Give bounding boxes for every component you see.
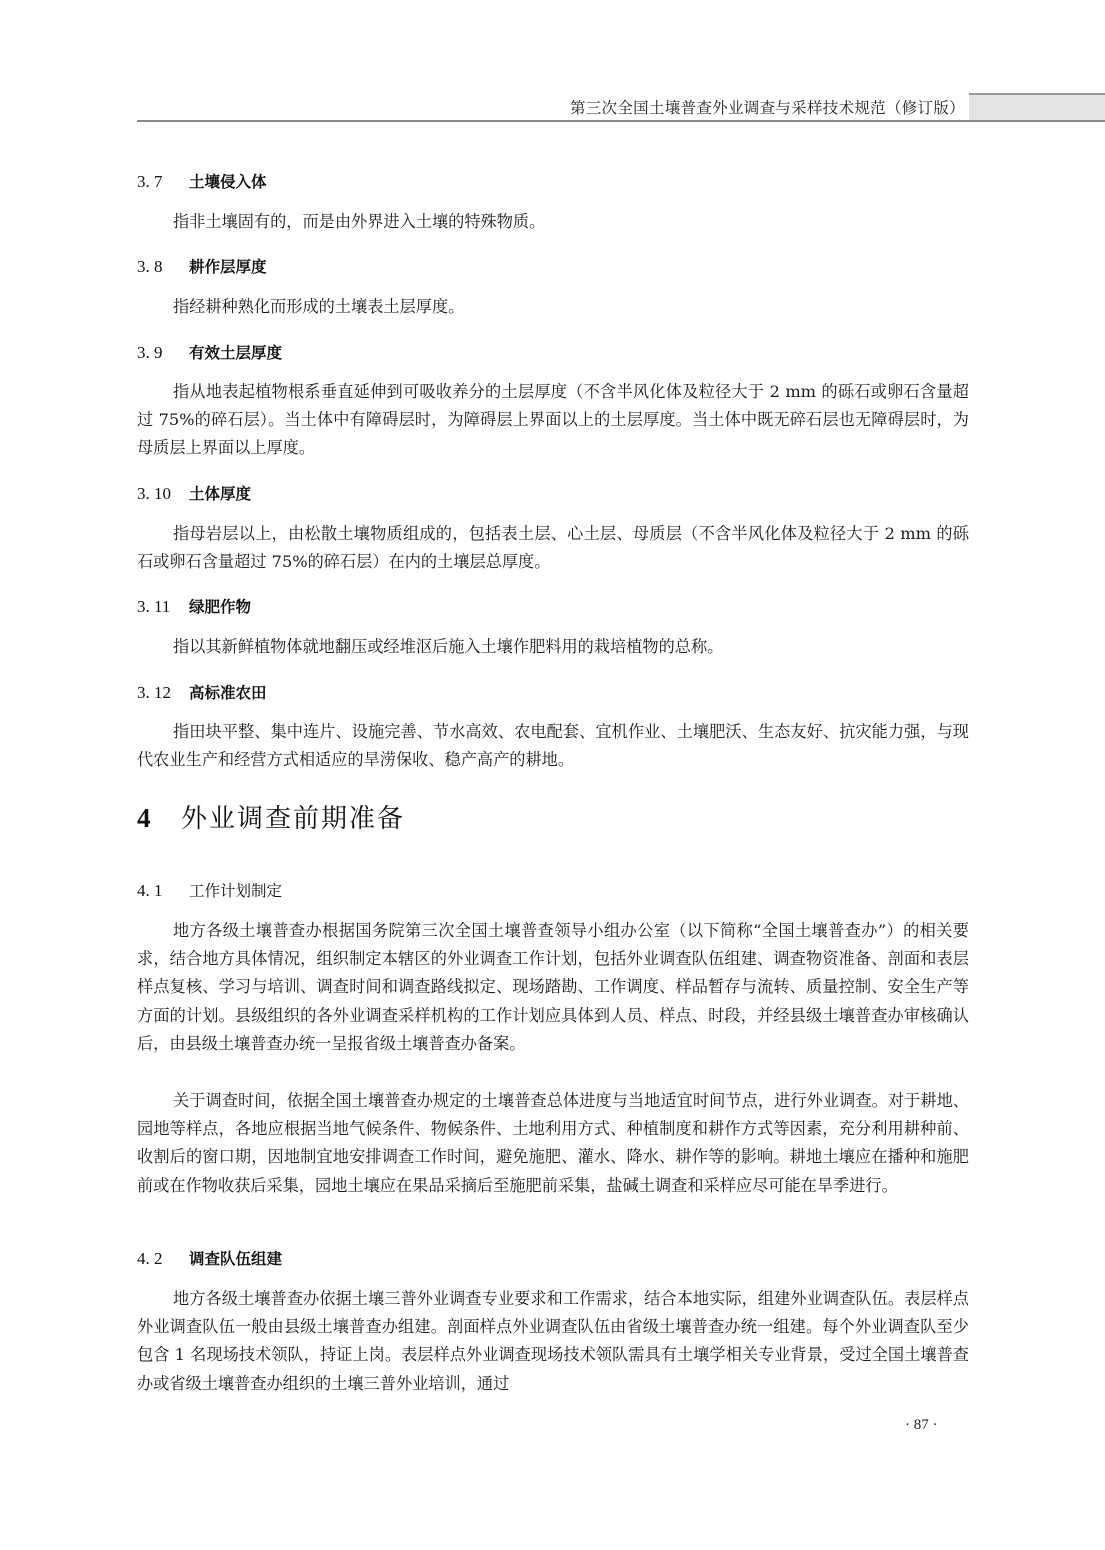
paragraph: 指经耕种熟化而形成的土壤表土层厚度。	[137, 293, 969, 321]
paragraph: 指田块平整、集中连片、设施完善、节水高效、农电配套、宜机作业、土壤肥沃、生态友好…	[137, 718, 969, 774]
paragraph: 指非土壤固有的，而是由外界进入土壤的特殊物质。	[137, 208, 969, 236]
section-heading-4-2: 4. 2调查队伍组建	[137, 1247, 282, 1269]
chapter-number: 4	[137, 803, 181, 834]
section-number: 3. 8	[137, 257, 189, 277]
section-number: 4. 2	[137, 1249, 189, 1269]
section-number: 3. 10	[137, 484, 189, 504]
section-title: 有效土层厚度	[189, 344, 282, 362]
section-title: 土壤侵入体	[189, 173, 267, 191]
section-title: 工作计划制定	[189, 882, 282, 900]
running-header: 第三次全国土壤普查外业调查与采样技术规范（修订版）	[137, 93, 1105, 121]
section-number: 4. 1	[137, 881, 189, 901]
section-heading-3-10: 3. 10土体厚度	[137, 482, 251, 504]
page-number: · 87 ·	[905, 1417, 938, 1434]
section-heading-3-7: 3. 7土壤侵入体	[137, 170, 267, 192]
chapter-heading: 4外业调查前期准备	[137, 798, 405, 835]
section-title: 耕作层厚度	[189, 258, 267, 276]
paragraph: 地方各级土壤普查办根据国务院第三次全国土壤普查领导小组办公室（以下简称“全国土壤…	[137, 917, 969, 1058]
paragraph: 关于调查时间，依据全国土壤普查办规定的土壤普查总体进度与当地适宜时间节点，进行外…	[137, 1087, 969, 1200]
section-title: 调查队伍组建	[189, 1250, 282, 1268]
section-heading-3-11: 3. 11绿肥作物	[137, 595, 251, 617]
section-number: 3. 11	[137, 597, 189, 617]
header-rule	[137, 120, 1105, 122]
section-number: 3. 12	[137, 683, 189, 703]
section-title: 高标准农田	[189, 684, 267, 702]
section-title: 土体厚度	[189, 485, 251, 503]
chapter-title: 外业调查前期准备	[181, 804, 405, 834]
section-heading-3-8: 3. 8耕作层厚度	[137, 255, 267, 277]
paragraph: 指从地表起植物根系垂直延伸到可吸收养分的土层厚度（不含半风化体及粒径大于 2 m…	[137, 378, 969, 463]
section-title: 绿肥作物	[189, 598, 251, 616]
paragraph: 地方各级土壤普查办依据土壤三普外业调查专业要求和工作需求，结合本地实际，组建外业…	[137, 1285, 969, 1398]
section-heading-4-1: 4. 1工作计划制定	[137, 879, 282, 901]
section-number: 3. 9	[137, 343, 189, 363]
running-title: 第三次全国土壤普查外业调查与采样技术规范（修订版）	[570, 96, 965, 118]
paragraph: 指以其新鲜植物体就地翻压或经堆沤后施入土壤作肥料用的栽培植物的总称。	[137, 633, 969, 661]
section-heading-3-12: 3. 12高标准农田	[137, 681, 267, 703]
section-number: 3. 7	[137, 172, 189, 192]
header-tab-decoration	[969, 93, 1105, 120]
paragraph: 指母岩层以上，由松散土壤物质组成的，包括表土层、心土层、母质层（不含半风化体及粒…	[137, 520, 969, 576]
section-heading-3-9: 3. 9有效土层厚度	[137, 341, 282, 363]
